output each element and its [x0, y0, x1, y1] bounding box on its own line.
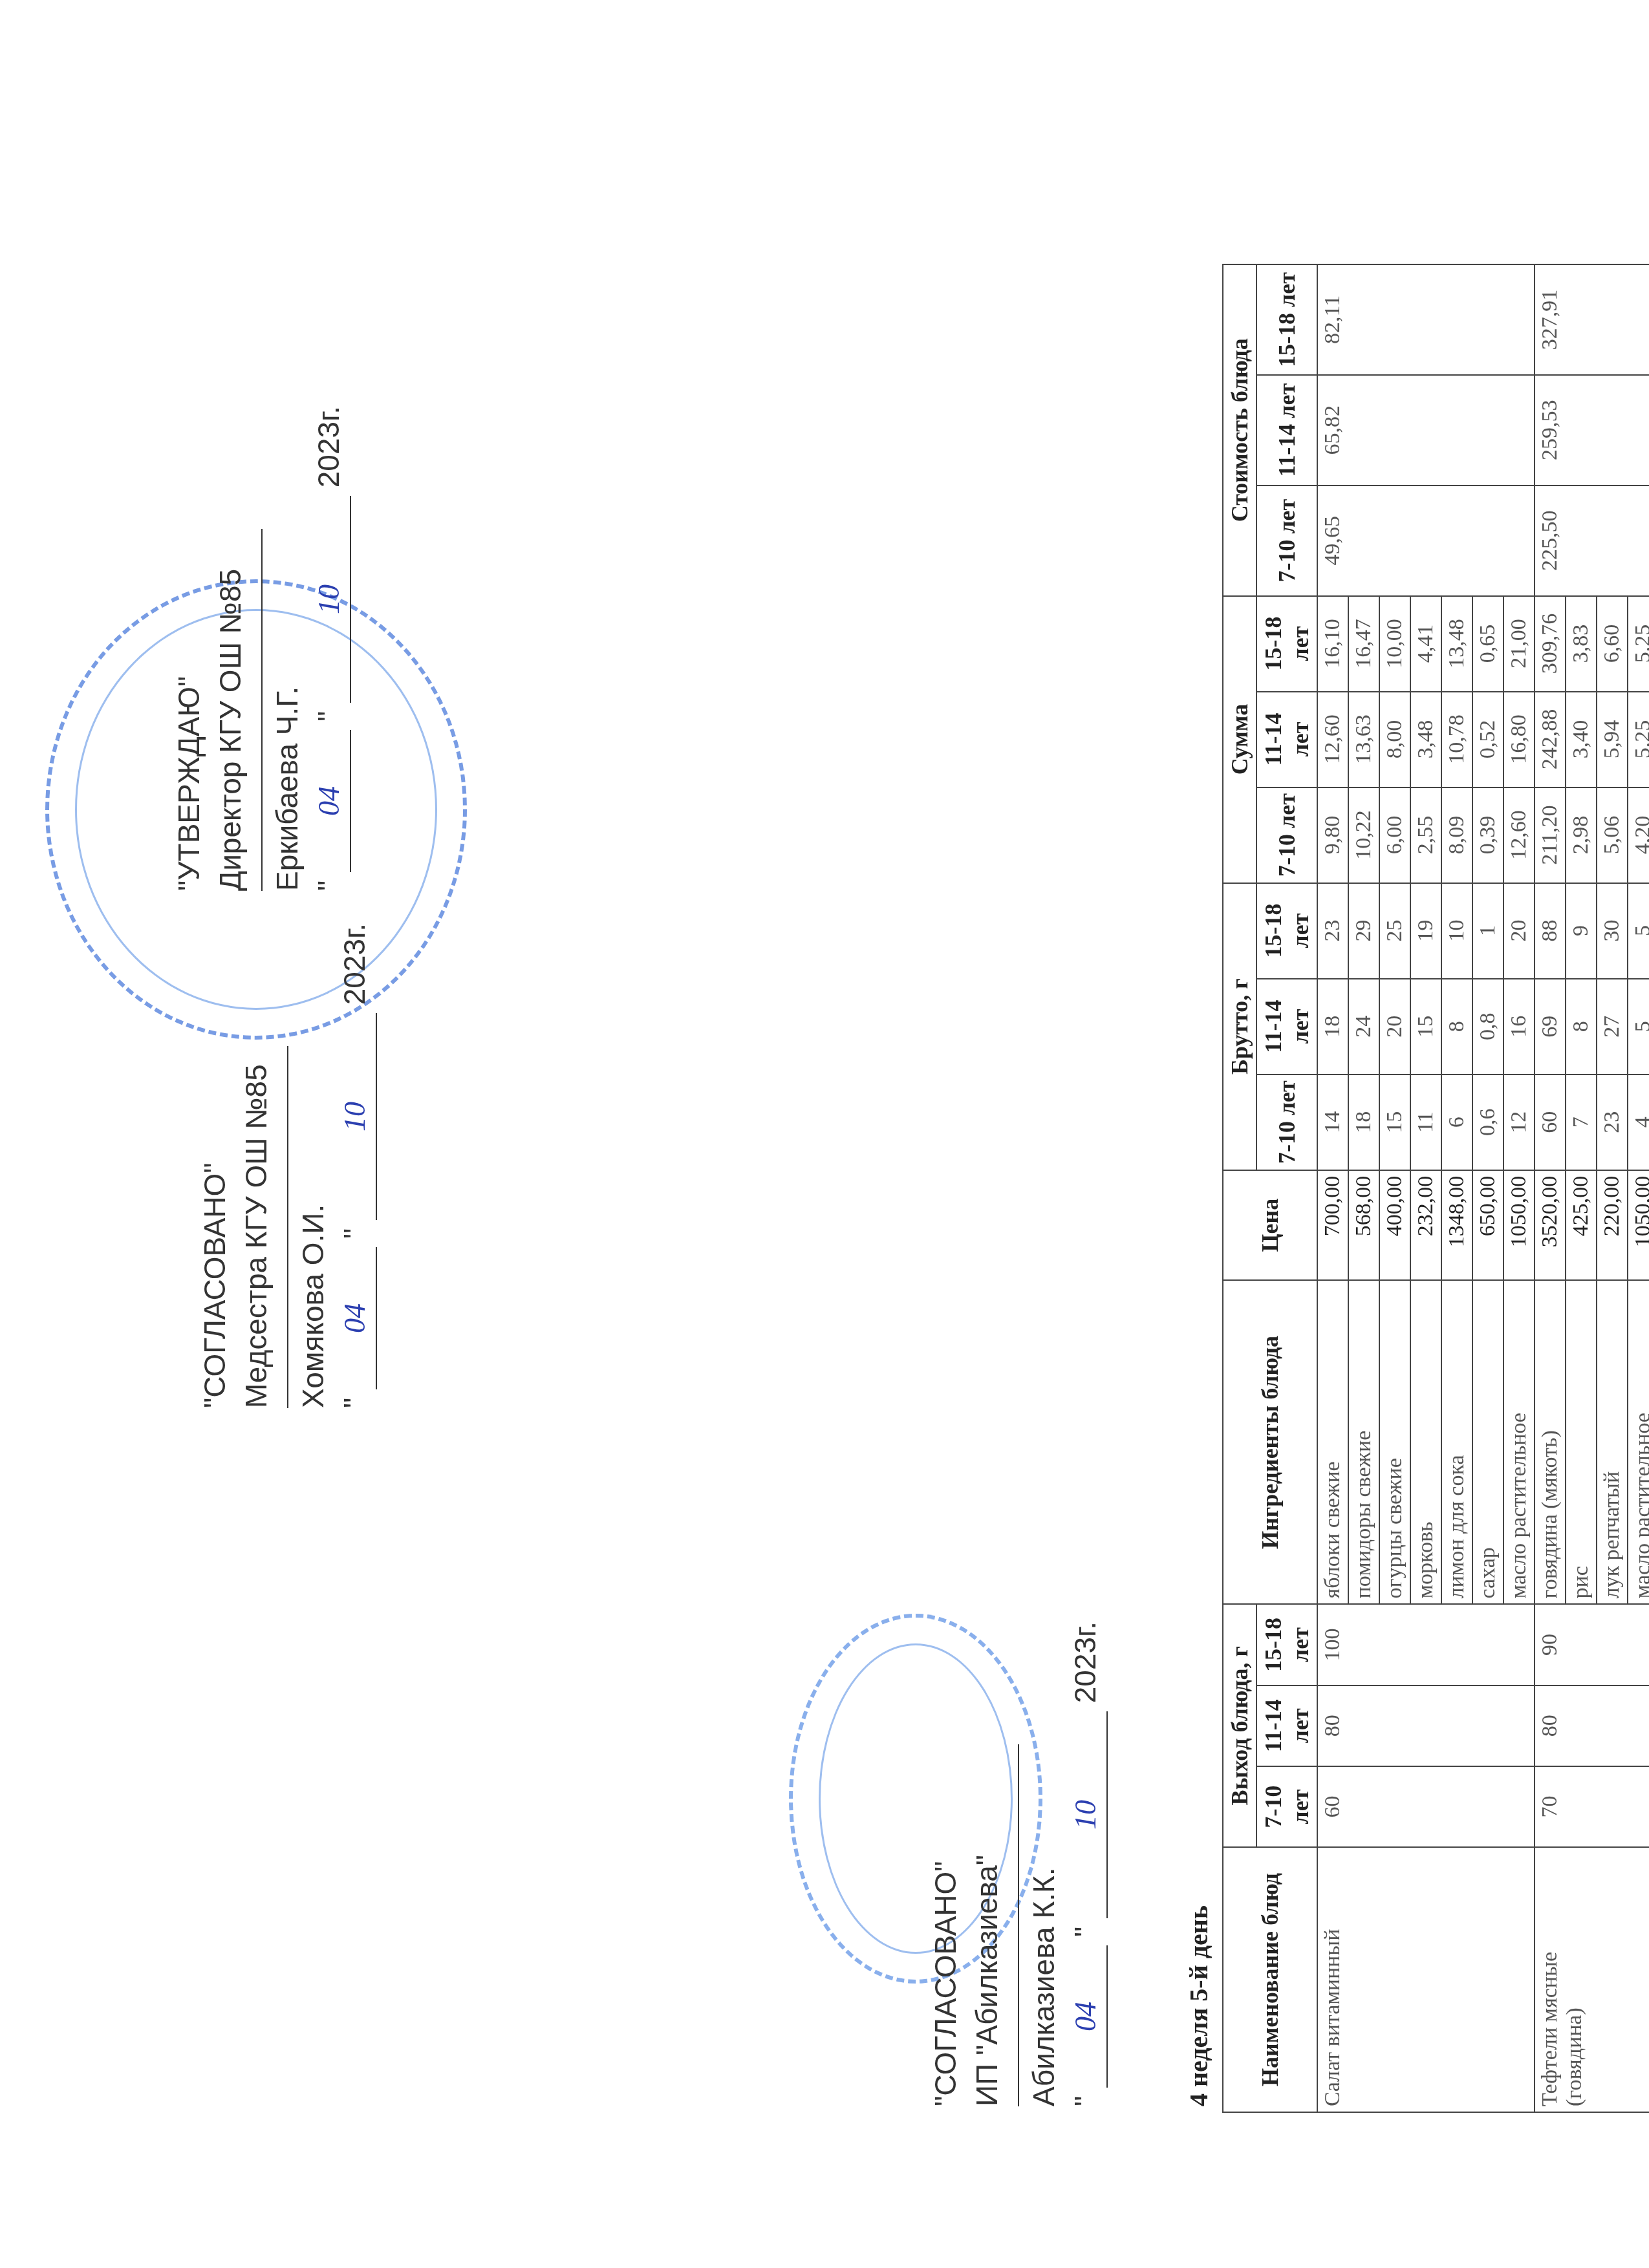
header-age: 15-18 лет — [1256, 596, 1317, 692]
ingredient-sum: 4,20 — [1628, 787, 1649, 883]
ingredient-brutto: 10 — [1441, 883, 1472, 979]
dish-cost: 65,82 — [1317, 375, 1535, 486]
header-age: 7-10 лет — [1256, 486, 1317, 596]
ingredient-price: 700,00 — [1317, 1170, 1348, 1281]
ingredient-brutto: 8 — [1566, 979, 1597, 1075]
header-ingredients: Ингредиенты блюда — [1223, 1280, 1317, 1604]
agreed-ip-name: Абилказиева К.К. — [1023, 1621, 1064, 2106]
header-sum: Сумма — [1223, 596, 1256, 883]
ingredient-brutto: 27 — [1597, 979, 1628, 1075]
ingredient-brutto: 25 — [1379, 883, 1410, 979]
approved-name: Еркибаева Ч.Г. — [266, 406, 308, 891]
ingredient-sum: 10,22 — [1348, 787, 1379, 883]
ingredient-sum: 3,40 — [1566, 692, 1597, 787]
ingredient-brutto: 6 — [1441, 1075, 1472, 1170]
ingredient-brutto: 5 — [1628, 883, 1649, 979]
agreed-ip-block: "СОГЛАСОВАНО" ИП "Абилказиева" Абилказие… — [925, 1621, 1108, 2106]
approved-day: 04 — [308, 730, 351, 872]
ingredient-brutto: 23 — [1317, 883, 1348, 979]
ingredient-brutto: 30 — [1597, 883, 1628, 979]
ingredient-brutto: 16 — [1503, 979, 1535, 1075]
ingredient-name: яблоки свежие — [1317, 1280, 1348, 1604]
ingredient-sum: 6,00 — [1379, 787, 1410, 883]
ingredient-sum: 2,55 — [1410, 787, 1441, 883]
ingredient-price: 1050,00 — [1503, 1170, 1535, 1281]
agreed-nurse-name: Хомякова О.И. — [292, 923, 334, 1408]
signature-line — [255, 529, 263, 891]
header-age: 11-14 лет — [1256, 692, 1317, 787]
ingredient-brutto: 15 — [1379, 1075, 1410, 1170]
agreed-ip-day: 04 — [1065, 1945, 1108, 2088]
ingredient-price: 1050,00 — [1628, 1170, 1649, 1281]
ingredient-name: морковь — [1410, 1280, 1441, 1604]
ingredient-sum: 12,60 — [1317, 692, 1348, 787]
ingredient-brutto: 1 — [1472, 883, 1503, 979]
ingredient-price: 400,00 — [1379, 1170, 1410, 1281]
ingredient-sum: 5,25 — [1628, 596, 1649, 692]
dish-yield: 70 — [1535, 1766, 1649, 1847]
ingredient-sum: 9,80 — [1317, 787, 1348, 883]
ingredient-sum: 8,00 — [1379, 692, 1410, 787]
ingredient-sum: 4,41 — [1410, 596, 1441, 692]
agreed-nurse-day: 04 — [334, 1247, 377, 1389]
dish-yield: 80 — [1317, 1685, 1535, 1766]
ingredient-sum: 16,80 — [1503, 692, 1535, 787]
ingredient-brutto: 20 — [1503, 883, 1535, 979]
ingredient-name: помидоры свежие — [1348, 1280, 1379, 1604]
ingredient-sum: 21,00 — [1503, 596, 1535, 692]
ingredient-brutto: 8 — [1441, 979, 1472, 1075]
ingredient-price: 650,00 — [1472, 1170, 1503, 1281]
ingredient-brutto: 12 — [1503, 1075, 1535, 1170]
header-yield: Выход блюда, г — [1223, 1604, 1256, 1847]
ingredient-sum: 16,47 — [1348, 596, 1379, 692]
ingredient-name: лук репчатый — [1597, 1280, 1628, 1604]
ingredient-sum: 10,00 — [1379, 596, 1410, 692]
ingredient-sum: 5,94 — [1597, 692, 1628, 787]
ingredient-price: 425,00 — [1566, 1170, 1597, 1281]
ingredient-brutto: 88 — [1535, 883, 1566, 979]
dish-cost: 82,11 — [1317, 264, 1535, 375]
dish-yield: 90 — [1535, 1604, 1649, 1685]
ingredient-brutto: 4 — [1628, 1075, 1649, 1170]
ingredient-brutto: 5 — [1628, 979, 1649, 1075]
signature-line — [1011, 1744, 1019, 2106]
header-age: 11-14 лет — [1256, 979, 1317, 1075]
ingredient-name: масло растительное — [1503, 1280, 1535, 1604]
ingredient-brutto: 14 — [1317, 1075, 1348, 1170]
ingredient-brutto: 19 — [1410, 883, 1441, 979]
header-age: 7-10 лет — [1256, 1766, 1317, 1847]
dish-name: Тефтели мясные (говядина) — [1535, 1847, 1649, 2112]
ingredient-brutto: 0,8 — [1472, 979, 1503, 1075]
ingredient-name: сахар — [1472, 1280, 1503, 1604]
signature-line — [281, 1046, 288, 1408]
agreed-nurse-month: 10 — [334, 1013, 377, 1220]
ingredient-sum: 5,06 — [1597, 787, 1628, 883]
ingredient-sum: 6,60 — [1597, 596, 1628, 692]
agreed-ip-year: 2023г. — [1068, 1621, 1102, 1703]
approved-year: 2023г. — [312, 406, 345, 487]
agreed-ip-title: "СОГЛАСОВАНО" — [925, 1621, 966, 2106]
agreed-nurse-title: "СОГЛАСОВАНО" — [194, 923, 235, 1408]
agreed-nurse-year: 2023г. — [338, 923, 371, 1005]
ingredient-brutto: 18 — [1348, 1075, 1379, 1170]
ingredient-sum: 3,48 — [1410, 692, 1441, 787]
approved-block: "УТВЕРЖДАЮ" Директор КГУ ОШ №85 Еркибаев… — [168, 406, 351, 891]
dish-name: Салат витаминный — [1317, 1847, 1535, 2112]
header-age: 15-18 лет — [1256, 264, 1317, 375]
menu-table: Наименование блюд Выход блюда, г Ингреди… — [1222, 264, 1649, 2113]
header-brutto: Брутто, г — [1223, 883, 1256, 1170]
ingredient-price: 1348,00 — [1441, 1170, 1472, 1281]
header-age: 7-10 лет — [1256, 1075, 1317, 1170]
dish-cost: 225,50 — [1535, 486, 1649, 596]
header-age: 15-18 лет — [1256, 1604, 1317, 1685]
ingredient-price: 232,00 — [1410, 1170, 1441, 1281]
ingredient-name: рис — [1566, 1280, 1597, 1604]
ingredient-sum: 0,39 — [1472, 787, 1503, 883]
ingredient-price: 568,00 — [1348, 1170, 1379, 1281]
agreed-ip-org: ИП "Абилказиева" — [966, 1621, 1008, 2106]
ingredient-name: масло растительное — [1628, 1280, 1649, 1604]
ingredient-sum: 8,09 — [1441, 787, 1472, 883]
ingredient-sum: 3,83 — [1566, 596, 1597, 692]
agreed-nurse-org: Медсестра КГУ ОШ №85 — [235, 923, 277, 1408]
header-price: Цена — [1223, 1170, 1317, 1281]
dish-cost: 49,65 — [1317, 486, 1535, 596]
header-dish: Наименование блюд — [1223, 1847, 1317, 2112]
ingredient-name: лимон для сока — [1441, 1280, 1472, 1604]
ingredient-price: 3520,00 — [1535, 1170, 1566, 1281]
ingredient-brutto: 60 — [1535, 1075, 1566, 1170]
table-row: Салат витаминный6080100яблоки свежие700,… — [1317, 264, 1348, 2112]
document-sheet: "СОГЛАСОВАНО" ИП "Абилказиева" Абилказие… — [0, 0, 1649, 2268]
approved-title: "УТВЕРЖДАЮ" — [168, 406, 210, 891]
dish-yield: 60 — [1317, 1766, 1535, 1847]
ingredient-brutto: 20 — [1379, 979, 1410, 1075]
ingredient-brutto: 0,6 — [1472, 1075, 1503, 1170]
ingredient-sum: 12,60 — [1503, 787, 1535, 883]
ingredient-brutto: 18 — [1317, 979, 1348, 1075]
ingredient-sum: 13,63 — [1348, 692, 1379, 787]
ingredient-sum: 13,48 — [1441, 596, 1472, 692]
ingredient-sum: 2,98 — [1566, 787, 1597, 883]
approved-month: 10 — [308, 496, 351, 703]
agreed-ip-month: 10 — [1065, 1711, 1108, 1918]
ingredient-sum: 309,76 — [1535, 596, 1566, 692]
ingredient-brutto: 15 — [1410, 979, 1441, 1075]
dish-yield: 80 — [1535, 1685, 1649, 1766]
ingredient-brutto: 69 — [1535, 979, 1566, 1075]
header-age: 11-14 лет — [1256, 1685, 1317, 1766]
ingredient-sum: 10,78 — [1441, 692, 1472, 787]
ingredient-brutto: 7 — [1566, 1075, 1597, 1170]
dish-cost: 327,91 — [1535, 264, 1649, 375]
ingredient-brutto: 24 — [1348, 979, 1379, 1075]
ingredient-brutto: 29 — [1348, 883, 1379, 979]
ingredient-brutto: 23 — [1597, 1075, 1628, 1170]
ingredient-brutto: 11 — [1410, 1075, 1441, 1170]
approved-org: Директор КГУ ОШ №85 — [210, 406, 251, 891]
ingredient-sum: 242,88 — [1535, 692, 1566, 787]
ingredient-sum: 211,20 — [1535, 787, 1566, 883]
week-day-label: 4 неделя 5-й день — [1183, 1905, 1214, 2106]
ingredient-sum: 0,52 — [1472, 692, 1503, 787]
ingredient-sum: 0,65 — [1472, 596, 1503, 692]
dish-yield: 100 — [1317, 1604, 1535, 1685]
ingredient-name: огурцы свежие — [1379, 1280, 1410, 1604]
ingredient-sum: 5,25 — [1628, 692, 1649, 787]
agreed-nurse-block: "СОГЛАСОВАНО" Медсестра КГУ ОШ №85 Хомяк… — [194, 923, 377, 1408]
header-age: 7-10 лет — [1256, 787, 1317, 883]
ingredient-price: 220,00 — [1597, 1170, 1628, 1281]
table-row: Тефтели мясные (говядина)708090говядина … — [1535, 264, 1566, 2112]
ingredient-sum: 16,10 — [1317, 596, 1348, 692]
header-age: 11-14 лет — [1256, 375, 1317, 486]
ingredient-name: говядина (мякоть) — [1535, 1280, 1566, 1604]
ingredient-brutto: 9 — [1566, 883, 1597, 979]
header-age: 15-18 лет — [1256, 883, 1317, 979]
dish-cost: 259,53 — [1535, 375, 1649, 486]
header-cost: Стоимость блюда — [1223, 264, 1256, 596]
